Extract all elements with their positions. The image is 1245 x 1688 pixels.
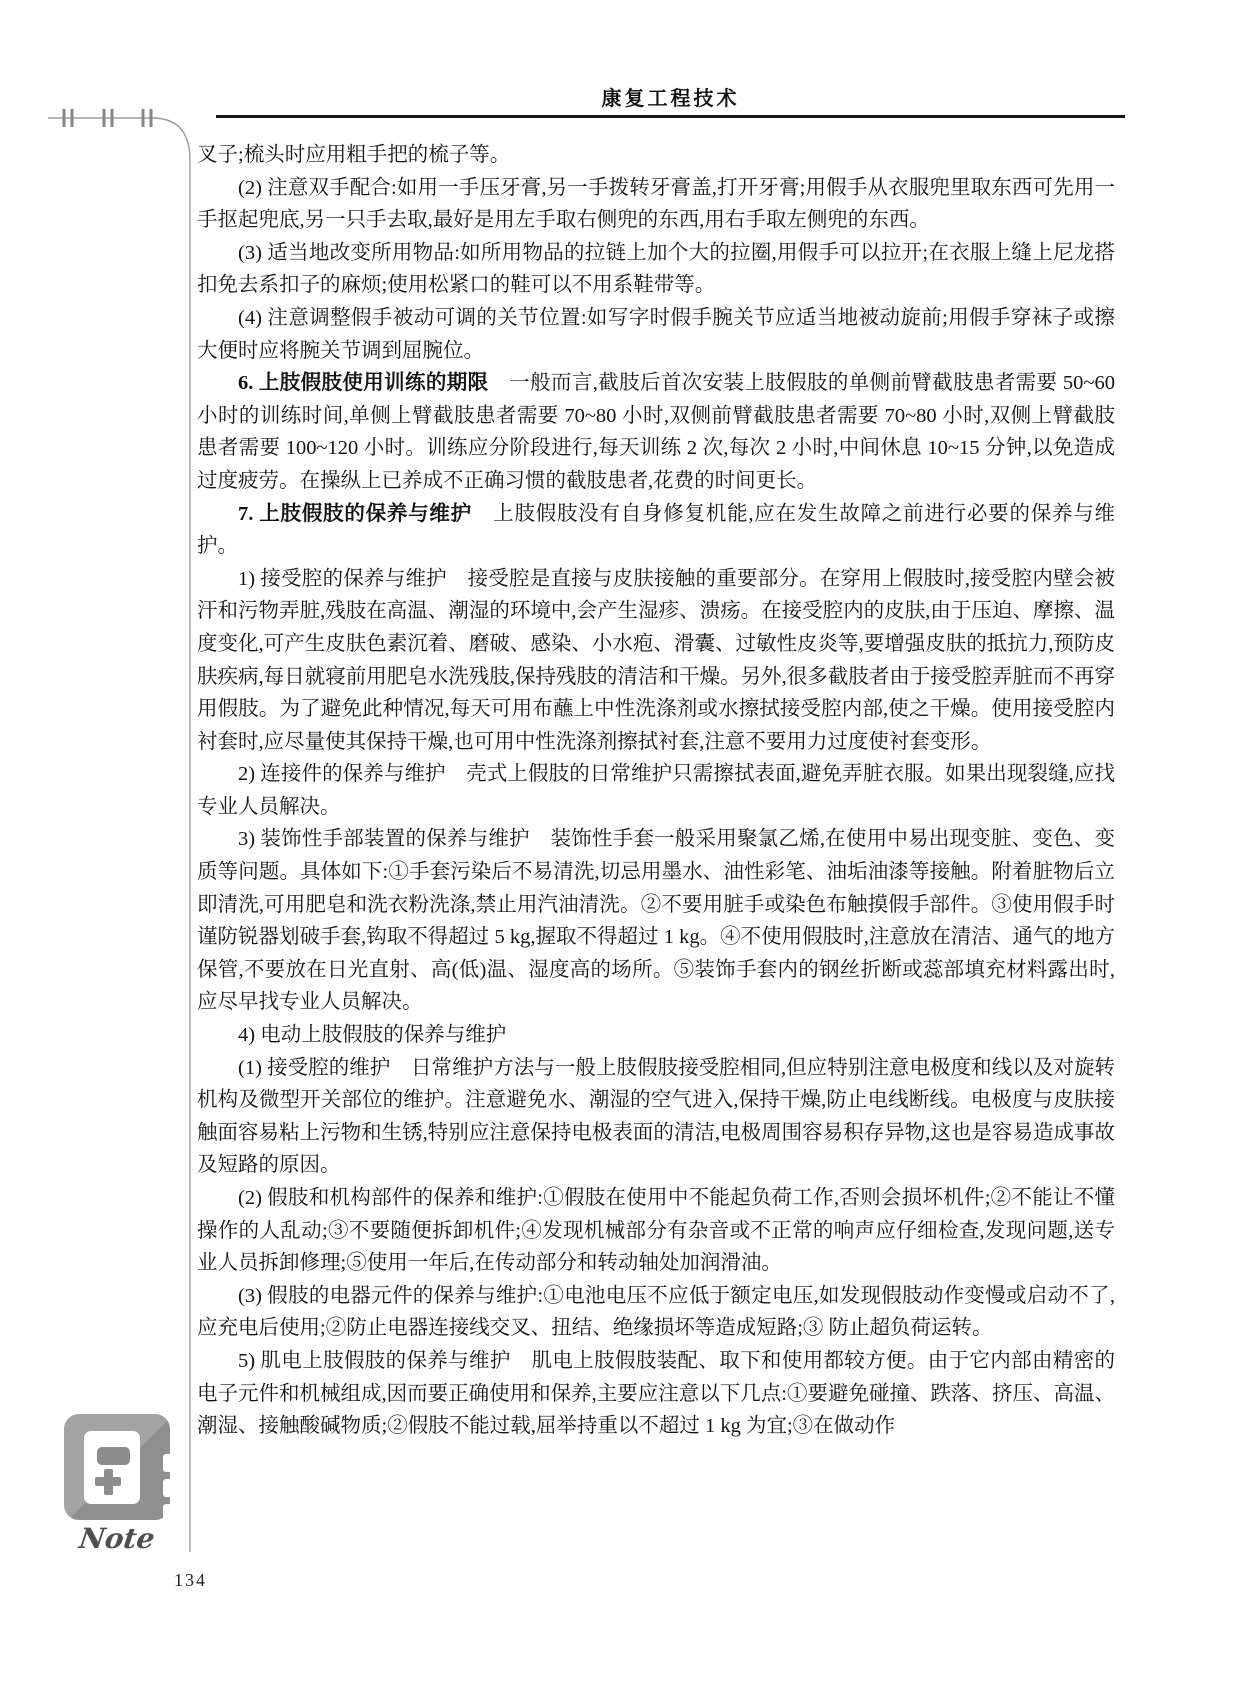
header-rule	[216, 115, 1125, 118]
paragraph: (3) 适当地改变所用物品:如所用物品的拉链上加个大的拉圈,用假手可以拉开;在衣…	[197, 237, 1115, 302]
book-page: { "header": { "title": "康复工程技术" }, "marg…	[0, 0, 1245, 1688]
paragraph: (2) 假肢和机构部件的保养和维护:①假肢在使用中不能起负荷工作,否则会损坏机件…	[197, 1182, 1115, 1280]
paragraph: (3) 假肢的电器元件的保养与维护:①电池电压不应低于额定电压,如发现假肢动作变…	[197, 1280, 1115, 1345]
paragraph: 1) 接受腔的保养与维护 接受腔是直接与皮肤接触的重要部分。在穿用上假肢时,接受…	[197, 563, 1115, 759]
page-number: 134	[174, 1570, 207, 1591]
paragraph: (1) 接受腔的维护 日常维护方法与一般上肢假肢接受腔相同,但应特别注意电极度和…	[197, 1052, 1115, 1182]
plus-icon	[104, 1469, 113, 1495]
note-label: Note	[48, 1522, 187, 1555]
paragraph: (2) 注意双手配合:如用一手压牙膏,另一手拨转牙膏盖,打开牙膏;用假手从衣服兜…	[197, 172, 1115, 237]
margin-decoration-line	[0, 0, 220, 1580]
paragraph: 2) 连接件的保养与维护 壳式上假肢的日常维护只需擦拭表面,避免弄脏衣服。如果出…	[197, 758, 1115, 823]
paragraph-heading-7: 7. 上肢假肢的保养与维护 上肢假肢没有自身修复机能,应在发生故障之前进行必要的…	[197, 498, 1115, 563]
page-header-title: 康复工程技术	[216, 82, 1125, 111]
paragraph-heading-6: 6. 上肢假肢使用训练的期限 一般而言,截肢后首次安装上肢假肢的单侧前臂截肢患者…	[197, 367, 1115, 497]
paragraph: (4) 注意调整假手被动可调的关节位置:如写字时假手腕关节应适当地被动旋前;用假…	[197, 302, 1115, 367]
notebook-tab	[163, 1454, 170, 1472]
body-text-column: 叉子;梳头时应用粗手把的梳子等。 (2) 注意双手配合:如用一手压牙膏,另一手拨…	[197, 139, 1115, 1443]
notebook-body	[84, 1431, 140, 1504]
heading-7-label: 7. 上肢假肢的保养与维护	[238, 503, 472, 525]
paragraph: 叉子;梳头时应用粗手把的梳子等。	[197, 139, 1115, 172]
paragraph: 4) 电动上肢假肢的保养与维护	[197, 1019, 1115, 1052]
notebook-tab	[163, 1479, 170, 1497]
heading-6-label: 6. 上肢假肢使用训练的期限	[238, 372, 488, 394]
notebook-tab	[163, 1504, 170, 1520]
paragraph: 5) 肌电上肢假肢的保养与维护 肌电上肢假肢装配、取下和使用都较方便。由于它内部…	[197, 1345, 1115, 1443]
paragraph: 3) 装饰性手部装置的保养与维护 装饰性手套一般采用聚氯乙烯,在使用中易出现变脏…	[197, 823, 1115, 1019]
notebook-icon	[64, 1414, 170, 1520]
notebook-label-block	[97, 1447, 130, 1465]
